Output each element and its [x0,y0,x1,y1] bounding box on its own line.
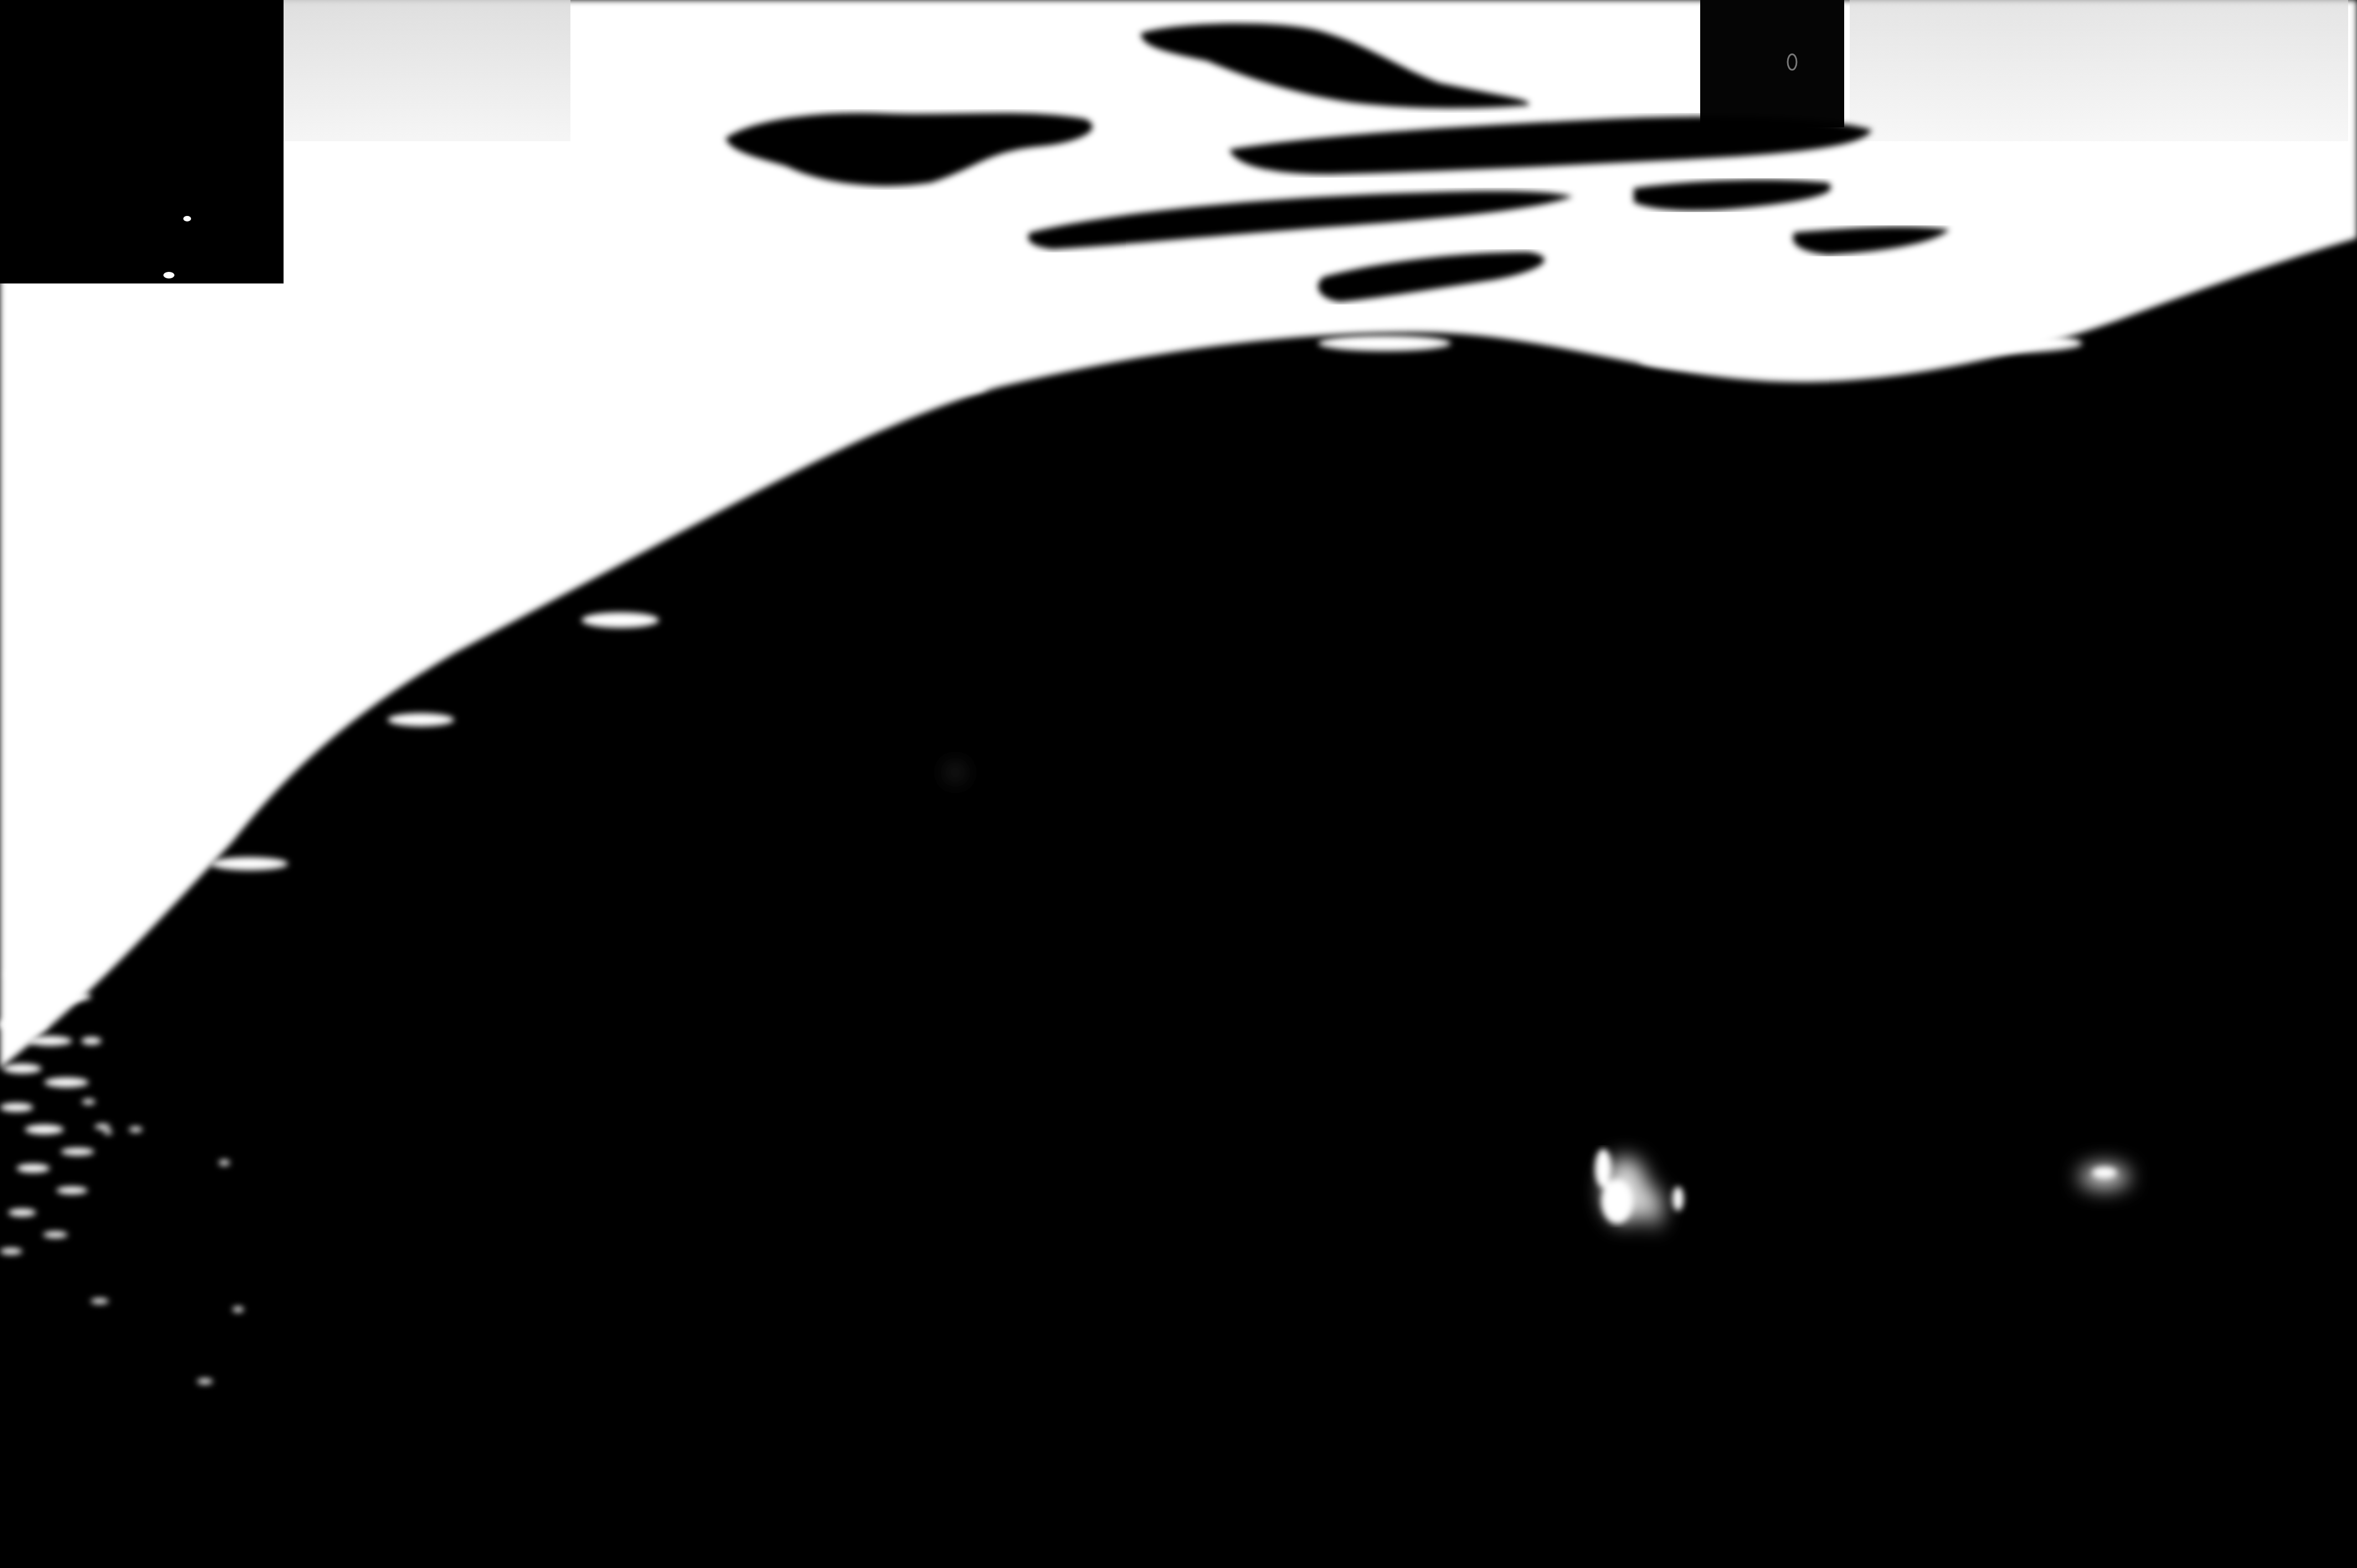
haze-tile [282,0,570,141]
dark-tile [0,0,284,283]
dark-tile [1700,0,1844,127]
speck [163,272,174,278]
high-contrast-landscape [0,0,2357,1568]
speck [183,216,191,221]
haze-tile [1850,0,2348,141]
